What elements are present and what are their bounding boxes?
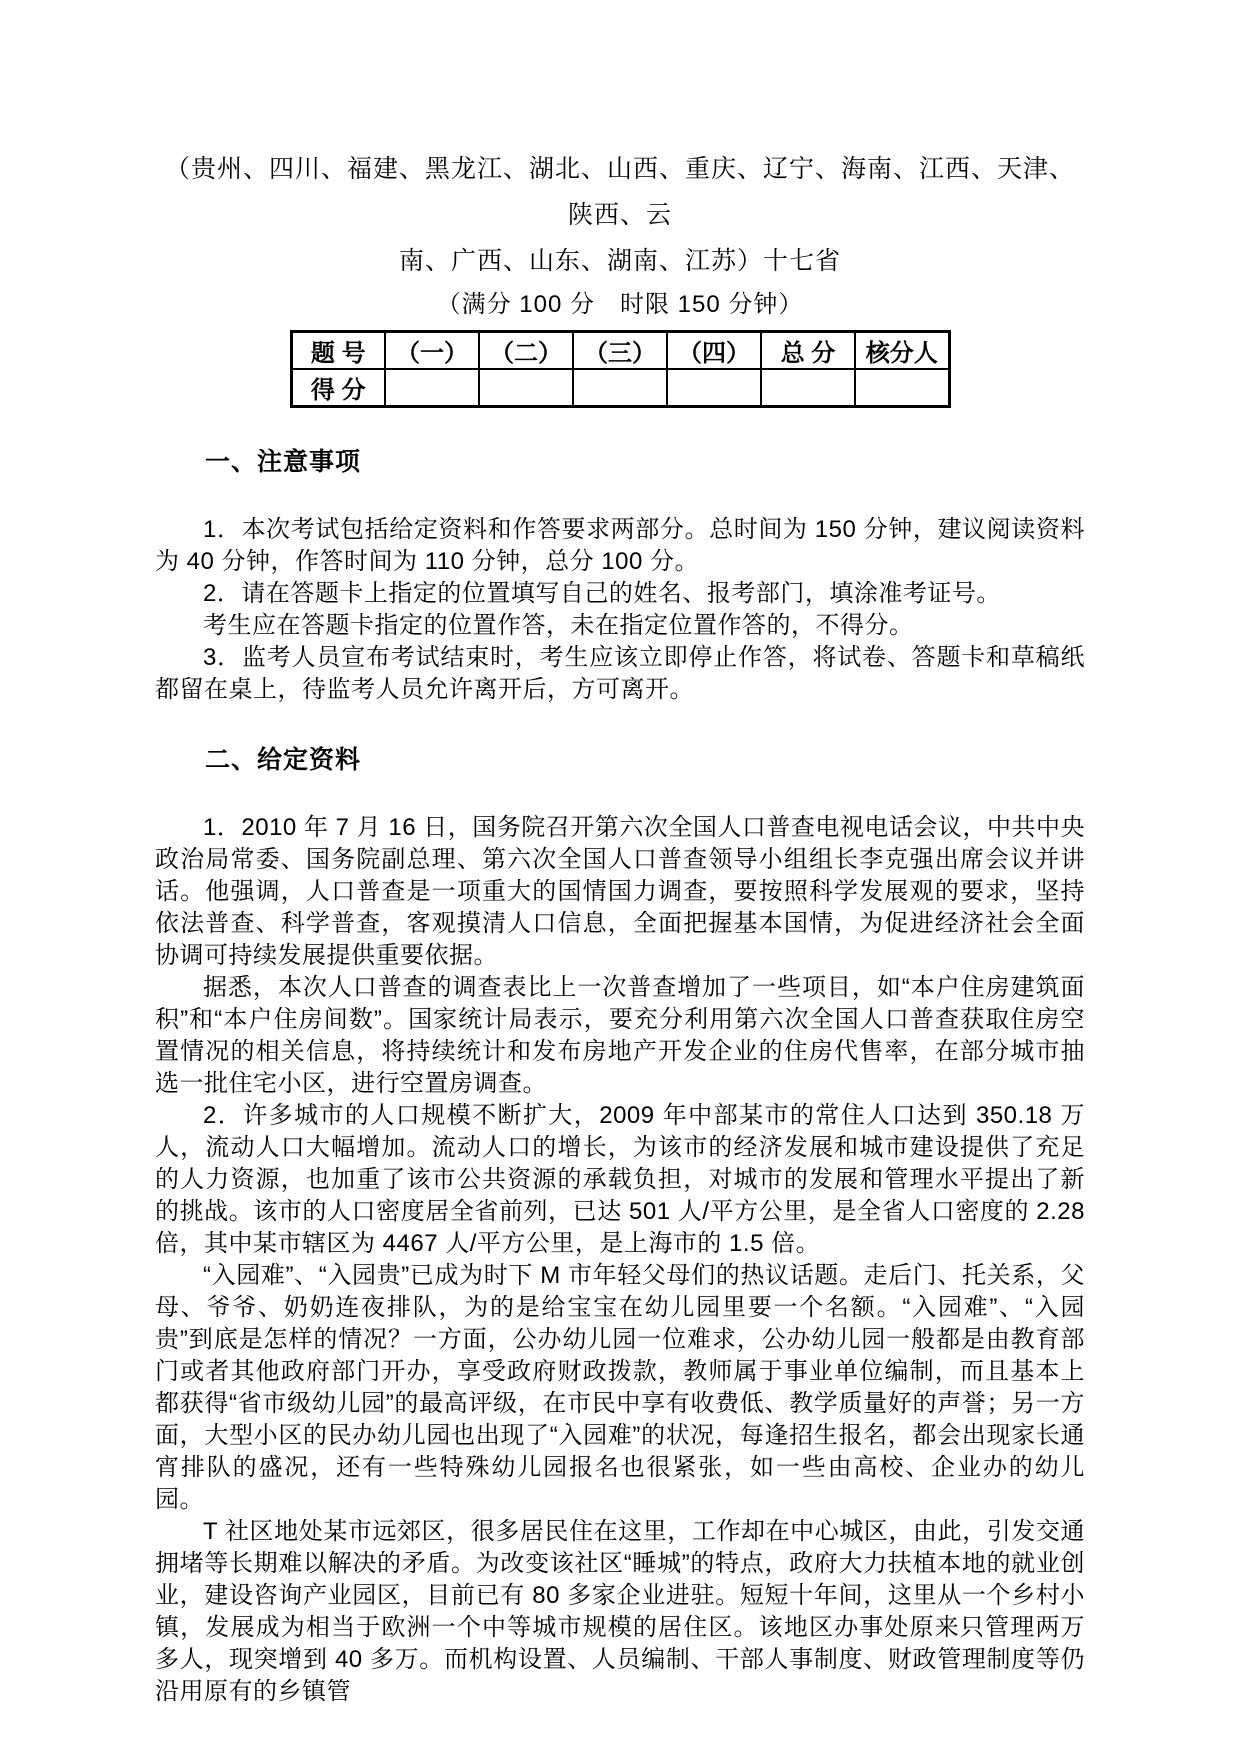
- exam-paper-page: （贵州、四川、福建、黑龙江、湖北、山西、重庆、辽宁、海南、江西、天津、陕西、云 …: [0, 0, 1240, 1754]
- notice-paragraphs: 1．本次考试包括给定资料和作答要求两部分。总时间为 150 分钟，建议阅读资料为…: [155, 514, 1085, 706]
- score-table-header-cell: 题 号: [291, 332, 385, 370]
- score-table-score-row: 得 分: [291, 369, 949, 407]
- materials-paragraphs: 1．2010 年 7 月 16 日，国务院召开第六次全国人口普查电视电话会议，中…: [155, 812, 1085, 1708]
- notice-paragraph: 3．监考人员宣布考试结束时，考生应该立即停止作答，将试卷、答题卡和草稿纸都留在桌…: [155, 642, 1085, 706]
- score-table-header-cell: 核分人: [855, 332, 949, 370]
- score-table: 题 号 （一） （二） （三） （四） 总 分 核分人 得 分: [290, 330, 951, 408]
- score-cell-empty: [479, 369, 573, 407]
- score-row-label: 得 分: [291, 369, 385, 407]
- score-table-header-row: 题 号 （一） （二） （三） （四） 总 分 核分人: [291, 332, 949, 370]
- score-table-header-cell: （四）: [667, 332, 761, 370]
- score-table-header-cell: （一）: [385, 332, 479, 370]
- materials-paragraph: 据悉，本次人口普查的调查表比上一次普查增加了一些项目，如“本户住房建筑面积”和“…: [155, 972, 1085, 1100]
- materials-paragraph: 1．2010 年 7 月 16 日，国务院召开第六次全国人口普查电视电话会议，中…: [155, 812, 1085, 972]
- score-cell-empty: [573, 369, 667, 407]
- exam-subtitle: （满分 100 分 时限 150 分钟）: [155, 286, 1085, 324]
- notice-paragraph: 2．请在答题卡上指定的位置填写自己的姓名、报考部门，填涂准考证号。: [155, 578, 1085, 610]
- notice-paragraph: 考生应在答题卡指定的位置作答，未在指定位置作答的，不得分。: [155, 610, 1085, 642]
- score-table-header-cell: 总 分: [761, 332, 855, 370]
- exam-title: （贵州、四川、福建、黑龙江、湖北、山西、重庆、辽宁、海南、江西、天津、陕西、云 …: [155, 146, 1085, 284]
- score-cell-empty: [855, 369, 949, 407]
- materials-paragraph: 2．许多城市的人口规模不断扩大，2009 年中部某市的常住人口达到 350.18…: [155, 1100, 1085, 1260]
- materials-paragraph: “入园难”、“入园贵”已成为时下 M 市年轻父母们的热议话题。走后门、托关系，父…: [155, 1260, 1085, 1516]
- score-cell-empty: [385, 369, 479, 407]
- exam-title-line2: 南、广西、山东、湖南、江苏）十七省: [155, 238, 1085, 284]
- score-cell-empty: [761, 369, 855, 407]
- materials-paragraph: T 社区地处某市远郊区，很多居民住在这里，工作却在中心城区，由此，引发交通拥堵等…: [155, 1516, 1085, 1708]
- score-table-header-cell: （三）: [573, 332, 667, 370]
- score-cell-empty: [667, 369, 761, 407]
- notice-paragraph: 1．本次考试包括给定资料和作答要求两部分。总时间为 150 分钟，建议阅读资料为…: [155, 514, 1085, 578]
- exam-title-line1: （贵州、四川、福建、黑龙江、湖北、山西、重庆、辽宁、海南、江西、天津、陕西、云: [155, 146, 1085, 238]
- section-heading-materials: 二、给定资料: [155, 744, 1085, 776]
- score-table-header-cell: （二）: [479, 332, 573, 370]
- section-heading-notice: 一、注意事项: [155, 446, 1085, 478]
